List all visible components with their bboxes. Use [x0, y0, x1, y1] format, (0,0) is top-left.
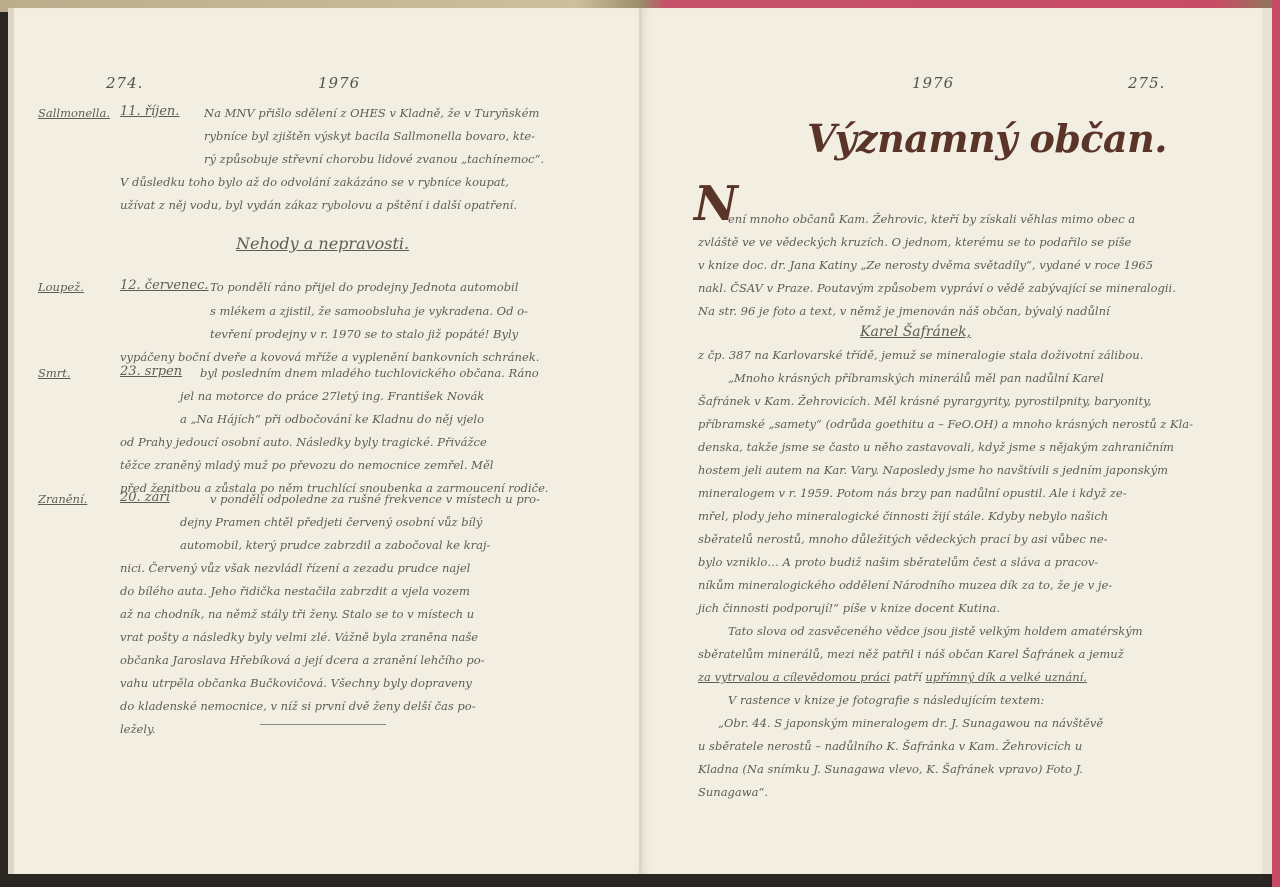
- paragraph-line: Na str. 96 je foto a text, v němž je jme…: [698, 304, 1110, 318]
- paragraph-line: V rastence v knize je fotografie s násle…: [728, 693, 1044, 707]
- incident-line: byl posledním dnem mladého tuchlovického…: [200, 366, 539, 380]
- underlined-phrase: upřímný dík a velké uznání.: [925, 670, 1086, 684]
- incident-line: vahu utrpěla občanka Bučkovičová. Všechn…: [120, 676, 472, 690]
- incident-line: jel na motorce do práce 27letý ing. Fran…: [180, 389, 484, 403]
- quote-line: „Mnoho krásných příbramských minerálů mě…: [728, 371, 1104, 385]
- margin-label-zraneni: Zranění.: [38, 492, 87, 506]
- incident-line: dejny Pramen chtěl předjeti červený osob…: [180, 515, 482, 529]
- article-title: Významný občan.: [807, 116, 1167, 161]
- entry-line: V důsledku toho bylo až do odvolání zaká…: [120, 175, 509, 189]
- paragraph-line: zvláště ve ve vědeckých kruzích. O jedno…: [698, 235, 1131, 249]
- incident-line: a „Na Hájích“ při odbočování ke Kladnu d…: [180, 412, 484, 426]
- quote-line: Šafránek v Kam. Žehrovicích. Měl krásné …: [698, 394, 1152, 408]
- paragraph-line: za vytrvalou a cílevědomou práci patří u…: [698, 670, 1087, 684]
- incident-line: vrat pošty a následky byly velmi zlé. Vá…: [120, 630, 478, 644]
- section-title: Nehody a nepravosti.: [236, 234, 409, 253]
- quote-line: jich činnosti podporují!“ píše v knize d…: [698, 601, 1000, 615]
- section-end-rule: [260, 724, 386, 725]
- quote-line: hostem jeli autem na Kar. Vary. Naposled…: [698, 463, 1168, 477]
- quote-line: sběratelů nerostů, mnoho důležitých věde…: [698, 532, 1108, 546]
- highlight-name: Karel Šafránek,: [860, 324, 971, 340]
- inline-text: patří: [890, 670, 925, 684]
- paragraph-line: nakl. ČSAV v Praze. Poutavým způsobem vy…: [698, 281, 1176, 295]
- incident-line: nici. Červený vůz však nezvládl řízení a…: [120, 561, 470, 575]
- incident-line: až na chodník, na němž stály tři ženy. S…: [120, 607, 474, 621]
- page-year: 1976: [318, 74, 360, 92]
- quote-line: níkům mineralogického oddělení Národního…: [698, 578, 1112, 592]
- underlined-phrase: za vytrvalou a cílevědomou práci: [698, 670, 890, 684]
- incident-date: 23. srpen: [120, 364, 182, 379]
- quote-line: mineralogem v r. 1959. Potom nás brzy pa…: [698, 486, 1127, 500]
- margin-label-loupez: Loupež.: [38, 280, 84, 294]
- incident-date: 12. červenec.: [120, 278, 209, 293]
- paragraph-line: sběratelům minerálů, mezi něž patřil i n…: [698, 647, 1124, 661]
- entry-date: 11. říjen.: [120, 104, 179, 119]
- entry-line: užívat z něj vodu, byl vydán zákaz rybol…: [120, 198, 517, 212]
- incident-line: automobil, který prudce zabrzdil a zaboč…: [180, 538, 490, 552]
- caption-line: Sunagawa“.: [698, 785, 768, 799]
- incident-line: občanka Jaroslava Hřebíková a její dcera…: [120, 653, 485, 667]
- quote-line: bylo vzniklo… A proto budiž našim sběrat…: [698, 555, 1098, 569]
- paragraph-line: z čp. 387 na Karlovarské třídě, jemuž se…: [698, 348, 1143, 362]
- margin-label-sallmonella: Sallmonella.: [38, 106, 110, 120]
- paragraph-line: Tato slova od zasvěceného vědce jsou jis…: [728, 624, 1143, 638]
- incident-line: do bílého auta. Jeho řidička nestačila z…: [120, 584, 470, 598]
- entry-line: rý způsobuje střevní chorobu lidové zvan…: [204, 152, 544, 166]
- margin-label-smrt: Smrt.: [38, 366, 71, 380]
- incident-line: ležely.: [120, 722, 156, 736]
- left-page: 274. 1976 Sallmonella. 11. říjen. Na MNV…: [8, 8, 646, 874]
- page-number: 274.: [106, 74, 143, 92]
- book-cover-right-edge: [1272, 0, 1280, 887]
- paragraph-line: v knize doc. dr. Jana Katiny „Ze nerosty…: [698, 258, 1153, 272]
- incident-line: těžce zraněný mladý muž po převozu do ne…: [120, 458, 493, 472]
- caption-line: u sběratele nerostů – nadůlního K. Šafrá…: [698, 739, 1082, 753]
- page-number: 275.: [1128, 74, 1165, 92]
- caption-line: „Obr. 44. S japonským mineralogem dr. J.…: [718, 716, 1103, 730]
- quote-line: příbramské „samety“ (odrůda goethitu a –…: [698, 417, 1193, 431]
- incident-line: v pondělí odpoledne za rušné frekvence v…: [210, 492, 540, 506]
- right-page: 1976 275. Významný občan. N ení mnoho ob…: [642, 8, 1272, 874]
- quote-line: denska, takže jsme se často u něho zasta…: [698, 440, 1174, 454]
- incident-line: od Prahy jedoucí osobní auto. Následky b…: [120, 435, 487, 449]
- quote-line: mřel, plody jeho mineralogické činnosti …: [698, 509, 1108, 523]
- page-year: 1976: [912, 74, 954, 92]
- incident-line: do kladenské nemocnice, v níž si první d…: [120, 699, 476, 713]
- incident-line: To pondělí ráno přijel do prodejny Jedno…: [210, 280, 518, 294]
- incident-line: vypáčeny boční dveře a kovová mříže a vy…: [120, 350, 539, 364]
- entry-line: Na MNV přišlo sdělení z OHES v Kladně, ž…: [204, 106, 539, 120]
- incident-line: s mlékem a zjistil, že samoobsluha je vy…: [210, 304, 528, 318]
- entry-line: rybníce byl zjištěn výskyt bacila Sallmo…: [204, 129, 535, 143]
- paragraph-line: ení mnoho občanů Kam. Žehrovic, kteří by…: [728, 212, 1135, 226]
- incident-date: 20. září: [120, 490, 170, 505]
- incident-line: tevření prodejny v r. 1970 se to stalo j…: [210, 327, 518, 341]
- caption-line: Kladna (Na snímku J. Sunagawa vlevo, K. …: [698, 762, 1083, 776]
